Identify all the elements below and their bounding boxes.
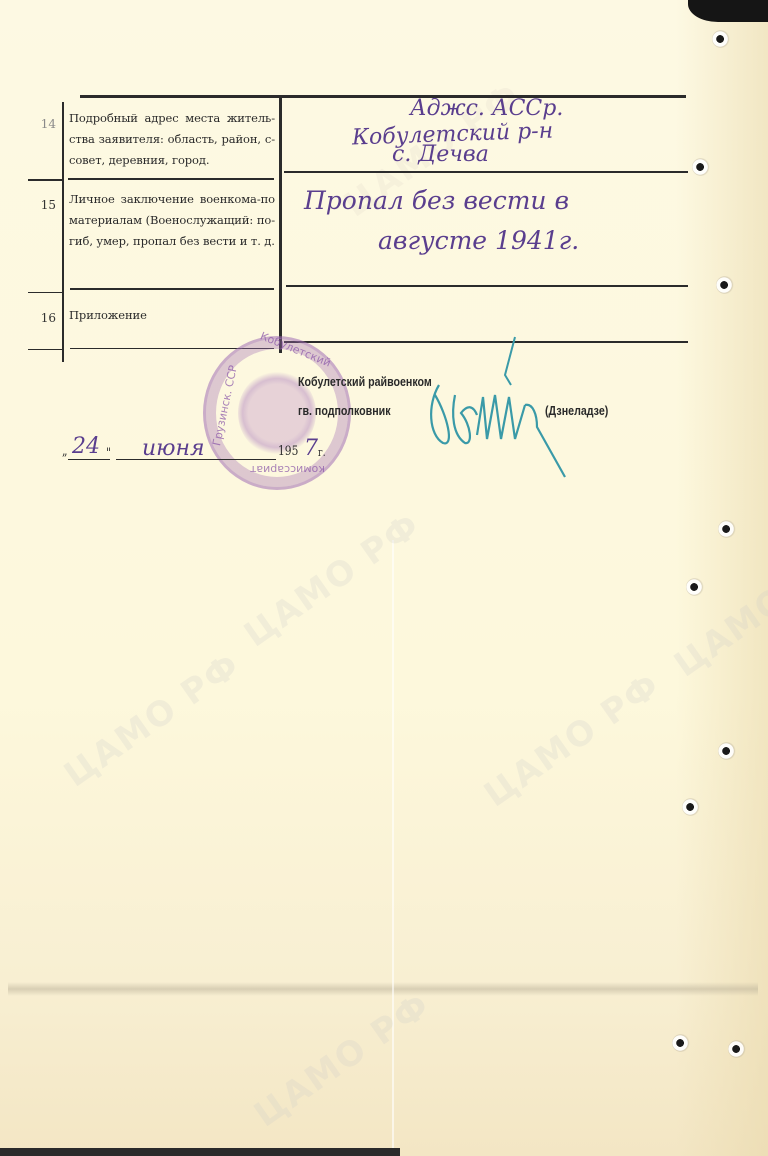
row-number-16: 16 [26,311,56,325]
watermark: ЦАМО РФ [667,535,768,685]
watermark: ЦАМО РФ [477,665,668,815]
row-label-address: Подробный адрес места житель-ства заявит… [69,108,275,171]
table-top-border [80,95,686,98]
date-year-prefix: 195 [278,444,298,459]
row-divider [284,171,688,173]
vertical-crease [392,540,394,1156]
punch-hole-icon [728,1040,746,1058]
row-divider [286,285,688,287]
document-page: ЦАМО РФ ЦАМО РФ ЦАМО РФ ЦАМО РФ ЦАМО РФ … [0,0,768,1156]
handwritten-conclusion-line-2: августе 1941г. [378,226,579,255]
stamp-bottom-text: комиссариат [250,463,325,476]
table-number-divider [62,102,64,362]
punch-hole-icon [672,1034,690,1052]
row-divider [70,288,274,290]
punch-hole-icon [718,520,736,538]
row-divider [28,292,62,293]
date-day-underline [68,459,110,460]
table-column-divider [279,97,282,353]
handwritten-address-line-1: Аджс. АССр. [410,96,563,121]
row-label-conclusion: Личное заключение военкома-по материалам… [69,189,275,252]
row-divider [68,178,274,180]
handwritten-signature-icon [425,335,585,485]
date-close-quote: " [106,446,111,461]
row-divider [28,179,62,181]
stamp-left-text: Грузинск. ССР [210,364,240,447]
signatory-office: Кобулетский райвоенком [298,374,432,389]
watermark: ЦАМО РФ [57,645,248,795]
row-number-14: 14 [26,117,56,131]
punch-hole-icon [718,742,736,760]
row-label-attachment: Приложение [69,305,275,326]
punch-hole-icon [686,578,704,596]
date-year-suffix: 7 [304,436,318,461]
date-year-unit: г. [318,446,326,459]
row-number-15: 15 [26,198,56,212]
handwritten-address-line-3: с. Дечва [392,142,489,167]
handwritten-conclusion-line-1: Пропал без вести в [304,186,569,215]
date-day: 24 [72,434,100,459]
scan-corner-shadow [688,0,768,22]
date-month-underline [116,459,276,460]
punch-hole-icon [716,276,734,294]
date-open-quote: „ [62,444,68,459]
row-divider [28,349,62,350]
watermark: ЦАМО РФ [247,985,438,1135]
watermark: ЦАМО РФ [237,505,428,655]
punch-hole-icon [692,158,710,176]
date-month: июня [142,436,205,461]
fold-crease [8,982,758,996]
punch-hole-icon [682,798,700,816]
stamp-top-text: Кобулетский [258,329,332,369]
signatory-rank: гв. подполковник [298,403,391,418]
scan-bottom-shadow [0,1148,400,1156]
punch-hole-icon [712,30,730,48]
